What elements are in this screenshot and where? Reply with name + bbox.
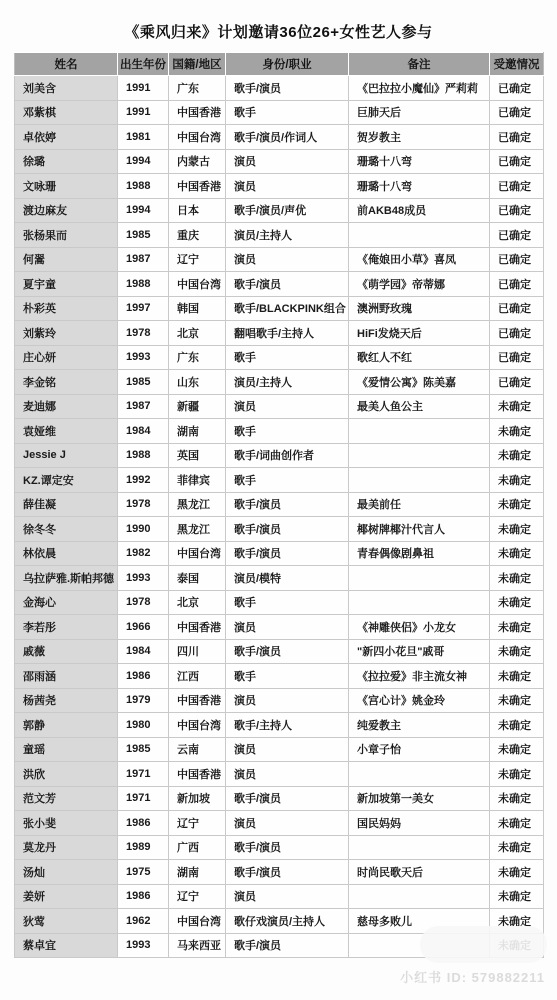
cell-note bbox=[349, 566, 490, 591]
cell-name: 杨茜尧 bbox=[15, 688, 118, 713]
cell-region: 新加坡 bbox=[169, 786, 226, 811]
cell-region: 马来西亚 bbox=[169, 933, 226, 958]
cell-occupation: 歌手/演员 bbox=[226, 541, 349, 566]
cell-note: 时尚民歌天后 bbox=[349, 860, 490, 885]
cell-invite-status: 已确定 bbox=[490, 149, 544, 174]
table-row: Jessie J 1988 英国 歌手/词曲创作者 未确定 bbox=[15, 443, 544, 468]
cell-occupation: 演员 bbox=[226, 174, 349, 199]
cell-region: 黑龙江 bbox=[169, 492, 226, 517]
cell-name: 狄莺 bbox=[15, 909, 118, 934]
cell-note: 《宫心计》姚金玲 bbox=[349, 688, 490, 713]
cell-occupation: 歌手/BLACKPINK组合 bbox=[226, 296, 349, 321]
cell-invite-status: 未确定 bbox=[490, 443, 544, 468]
cell-birth-year: 1985 bbox=[118, 737, 169, 762]
cell-occupation: 歌手 bbox=[226, 664, 349, 689]
cell-region: 英国 bbox=[169, 443, 226, 468]
table-row: 袁娅维 1984 湖南 歌手 未确定 bbox=[15, 419, 544, 444]
cell-name: 何翯 bbox=[15, 247, 118, 272]
cell-occupation: 演员 bbox=[226, 247, 349, 272]
cell-note: 《萌学园》帝蒂娜 bbox=[349, 272, 490, 297]
cell-birth-year: 1989 bbox=[118, 835, 169, 860]
cell-name: 袁娅维 bbox=[15, 419, 118, 444]
cell-birth-year: 1991 bbox=[118, 100, 169, 125]
cell-birth-year: 1975 bbox=[118, 860, 169, 885]
cell-birth-year: 1984 bbox=[118, 419, 169, 444]
page-title: 《乘风归来》计划邀请36位26+女性艺人参与 bbox=[0, 0, 557, 42]
cell-name: KZ.谭定安 bbox=[15, 468, 118, 493]
cell-birth-year: 1994 bbox=[118, 198, 169, 223]
cell-name: 乌拉萨雅.斯帕邦德 bbox=[15, 566, 118, 591]
table-row: 莫龙丹 1989 广西 歌手/演员 未确定 bbox=[15, 835, 544, 860]
cell-birth-year: 1978 bbox=[118, 321, 169, 346]
cell-occupation: 歌手/演员 bbox=[226, 272, 349, 297]
cell-note: 巨肺天后 bbox=[349, 100, 490, 125]
cell-invite-status: 已确定 bbox=[490, 272, 544, 297]
cell-birth-year: 1980 bbox=[118, 713, 169, 738]
table-row: 洪欣 1971 中国香港 演员 未确定 bbox=[15, 762, 544, 787]
table-row: 张小斐 1986 辽宁 演员 国民妈妈 未确定 bbox=[15, 811, 544, 836]
cell-name: 童瑶 bbox=[15, 737, 118, 762]
cell-invite-status: 未确定 bbox=[490, 762, 544, 787]
table-row: 李若彤 1966 中国香港 演员 《神雕侠侣》小龙女 未确定 bbox=[15, 615, 544, 640]
cell-birth-year: 1985 bbox=[118, 370, 169, 395]
cell-invite-status: 未确定 bbox=[490, 884, 544, 909]
cell-note: 《巴拉拉小魔仙》严莉莉 bbox=[349, 76, 490, 101]
cell-note: 《爱情公寓》陈美嘉 bbox=[349, 370, 490, 395]
cell-invite-status: 已确定 bbox=[490, 174, 544, 199]
table-row: 麦迪娜 1987 新疆 演员 最美人鱼公主 未确定 bbox=[15, 394, 544, 419]
cell-occupation: 歌手/演员 bbox=[226, 835, 349, 860]
cell-region: 辽宁 bbox=[169, 247, 226, 272]
cell-note: 新加坡第一美女 bbox=[349, 786, 490, 811]
cell-occupation: 演员 bbox=[226, 884, 349, 909]
cell-region: 广西 bbox=[169, 835, 226, 860]
cell-invite-status: 已确定 bbox=[490, 345, 544, 370]
cell-note: 《俺娘田小草》喜凤 bbox=[349, 247, 490, 272]
cell-occupation: 歌手 bbox=[226, 100, 349, 125]
cell-name: 渡边麻友 bbox=[15, 198, 118, 223]
cell-occupation: 歌手/主持人 bbox=[226, 713, 349, 738]
table-row: 蔡卓宜 1993 马来西亚 歌手/演员 未确定 bbox=[15, 933, 544, 958]
cell-invite-status: 已确定 bbox=[490, 296, 544, 321]
cell-region: 北京 bbox=[169, 590, 226, 615]
cell-region: 广东 bbox=[169, 76, 226, 101]
cell-occupation: 歌手/演员/声优 bbox=[226, 198, 349, 223]
cell-name: 邵雨涵 bbox=[15, 664, 118, 689]
cell-invite-status: 未确定 bbox=[490, 590, 544, 615]
table-header: 姓名 出生年份 国籍/地区 身份/职业 备注 受邀情况 bbox=[15, 53, 544, 76]
cell-region: 内蒙古 bbox=[169, 149, 226, 174]
cell-invite-status: 未确定 bbox=[490, 639, 544, 664]
cell-invite-status: 未确定 bbox=[490, 517, 544, 542]
cell-birth-year: 1971 bbox=[118, 786, 169, 811]
cell-note: 贺岁教主 bbox=[349, 125, 490, 150]
cell-region: 新疆 bbox=[169, 394, 226, 419]
table-row: 徐璐 1994 内蒙古 演员 珊璐十八弯 已确定 bbox=[15, 149, 544, 174]
cell-invite-status: 未确定 bbox=[490, 541, 544, 566]
cell-occupation: 演员 bbox=[226, 615, 349, 640]
cell-occupation: 歌手/演员 bbox=[226, 639, 349, 664]
cell-region: 云南 bbox=[169, 737, 226, 762]
cell-name: 朴彩英 bbox=[15, 296, 118, 321]
cell-name: 文咏珊 bbox=[15, 174, 118, 199]
artists-table: 姓名 出生年份 国籍/地区 身份/职业 备注 受邀情况 刘美含 1991 广东 … bbox=[14, 52, 544, 958]
cell-birth-year: 1984 bbox=[118, 639, 169, 664]
cell-birth-year: 1993 bbox=[118, 345, 169, 370]
table-row: 张杨果而 1985 重庆 演员/主持人 已确定 bbox=[15, 223, 544, 248]
cell-note: 纯爱教主 bbox=[349, 713, 490, 738]
cell-region: 江西 bbox=[169, 664, 226, 689]
table-row: 徐冬冬 1990 黑龙江 歌手/演员 椰树牌椰汁代言人 未确定 bbox=[15, 517, 544, 542]
cell-region: 辽宁 bbox=[169, 884, 226, 909]
cell-occupation: 演员/模特 bbox=[226, 566, 349, 591]
cell-invite-status: 未确定 bbox=[490, 860, 544, 885]
cell-note bbox=[349, 933, 490, 958]
cell-note: HiFi发烧天后 bbox=[349, 321, 490, 346]
cell-birth-year: 1994 bbox=[118, 149, 169, 174]
cell-occupation: 演员/主持人 bbox=[226, 370, 349, 395]
cell-birth-year: 1978 bbox=[118, 590, 169, 615]
table-body: 刘美含 1991 广东 歌手/演员 《巴拉拉小魔仙》严莉莉 已确定 邓紫棋 19… bbox=[15, 76, 544, 958]
cell-note: 最美人鱼公主 bbox=[349, 394, 490, 419]
cell-birth-year: 1986 bbox=[118, 811, 169, 836]
cell-invite-status: 未确定 bbox=[490, 737, 544, 762]
cell-name: 徐璐 bbox=[15, 149, 118, 174]
cell-birth-year: 1979 bbox=[118, 688, 169, 713]
cell-name: 刘美含 bbox=[15, 76, 118, 101]
cell-invite-status: 未确定 bbox=[490, 933, 544, 958]
cell-region: 菲律宾 bbox=[169, 468, 226, 493]
table-row: 朴彩英 1997 韩国 歌手/BLACKPINK组合 澳洲野玫瑰 已确定 bbox=[15, 296, 544, 321]
cell-invite-status: 未确定 bbox=[490, 492, 544, 517]
cell-invite-status: 未确定 bbox=[490, 909, 544, 934]
cell-note bbox=[349, 835, 490, 860]
table-row: 文咏珊 1988 中国香港 演员 珊璐十八弯 已确定 bbox=[15, 174, 544, 199]
cell-birth-year: 1971 bbox=[118, 762, 169, 787]
cell-invite-status: 未确定 bbox=[490, 615, 544, 640]
cell-birth-year: 1987 bbox=[118, 394, 169, 419]
cell-occupation: 歌手/演员 bbox=[226, 517, 349, 542]
cell-note: 前AKB48成员 bbox=[349, 198, 490, 223]
cell-birth-year: 1997 bbox=[118, 296, 169, 321]
cell-region: 湖南 bbox=[169, 419, 226, 444]
cell-name: 薛佳凝 bbox=[15, 492, 118, 517]
cell-occupation: 演员 bbox=[226, 811, 349, 836]
table-row: KZ.谭定安 1992 菲律宾 歌手 未确定 bbox=[15, 468, 544, 493]
cell-occupation: 演员 bbox=[226, 688, 349, 713]
cell-region: 泰国 bbox=[169, 566, 226, 591]
cell-occupation: 演员 bbox=[226, 737, 349, 762]
cell-birth-year: 1985 bbox=[118, 223, 169, 248]
cell-region: 北京 bbox=[169, 321, 226, 346]
cell-note: 慈母多败儿 bbox=[349, 909, 490, 934]
table-row: 金海心 1978 北京 歌手 未确定 bbox=[15, 590, 544, 615]
table-row: 乌拉萨雅.斯帕邦德 1993 泰国 演员/模特 未确定 bbox=[15, 566, 544, 591]
cell-name: 李若彤 bbox=[15, 615, 118, 640]
cell-region: 湖南 bbox=[169, 860, 226, 885]
watermark-id: 小红书 ID: 579882211 bbox=[400, 967, 545, 986]
cell-note: 椰树牌椰汁代言人 bbox=[349, 517, 490, 542]
header-note: 备注 bbox=[349, 53, 490, 76]
cell-region: 日本 bbox=[169, 198, 226, 223]
cell-note: "新四小花旦"戚哥 bbox=[349, 639, 490, 664]
cell-occupation: 演员/主持人 bbox=[226, 223, 349, 248]
cell-invite-status: 未确定 bbox=[490, 394, 544, 419]
cell-region: 中国台湾 bbox=[169, 125, 226, 150]
cell-region: 重庆 bbox=[169, 223, 226, 248]
cell-invite-status: 已确定 bbox=[490, 223, 544, 248]
table-row: 庄心妍 1993 广东 歌手 歌红人不红 已确定 bbox=[15, 345, 544, 370]
cell-region: 韩国 bbox=[169, 296, 226, 321]
table-row: 李金铭 1985 山东 演员/主持人 《爱情公寓》陈美嘉 已确定 bbox=[15, 370, 544, 395]
cell-occupation: 歌手 bbox=[226, 419, 349, 444]
cell-note bbox=[349, 443, 490, 468]
cell-invite-status: 已确定 bbox=[490, 247, 544, 272]
cell-name: 徐冬冬 bbox=[15, 517, 118, 542]
table-row: 刘紫玲 1978 北京 翻唱歌手/主持人 HiFi发烧天后 已确定 bbox=[15, 321, 544, 346]
table-row: 林依晨 1982 中国台湾 歌手/演员 青春偶像剧鼻祖 未确定 bbox=[15, 541, 544, 566]
cell-name: 戚薇 bbox=[15, 639, 118, 664]
cell-note: 最美前任 bbox=[349, 492, 490, 517]
cell-name: 蔡卓宜 bbox=[15, 933, 118, 958]
cell-birth-year: 1981 bbox=[118, 125, 169, 150]
cell-name: 庄心妍 bbox=[15, 345, 118, 370]
cell-name: 刘紫玲 bbox=[15, 321, 118, 346]
cell-region: 中国台湾 bbox=[169, 272, 226, 297]
cell-region: 中国台湾 bbox=[169, 541, 226, 566]
cell-note: 珊璐十八弯 bbox=[349, 149, 490, 174]
table-row: 渡边麻友 1994 日本 歌手/演员/声优 前AKB48成员 已确定 bbox=[15, 198, 544, 223]
table-row: 何翯 1987 辽宁 演员 《俺娘田小草》喜凤 已确定 bbox=[15, 247, 544, 272]
cell-birth-year: 1988 bbox=[118, 272, 169, 297]
cell-invite-status: 未确定 bbox=[490, 688, 544, 713]
cell-occupation: 歌手 bbox=[226, 345, 349, 370]
cell-note bbox=[349, 468, 490, 493]
table-row: 薛佳凝 1978 黑龙江 歌手/演员 最美前任 未确定 bbox=[15, 492, 544, 517]
cell-birth-year: 1988 bbox=[118, 174, 169, 199]
table-row: 卓依婷 1981 中国台湾 歌手/演员/作词人 贺岁教主 已确定 bbox=[15, 125, 544, 150]
cell-region: 广东 bbox=[169, 345, 226, 370]
cell-name: 洪欣 bbox=[15, 762, 118, 787]
cell-occupation: 歌手 bbox=[226, 468, 349, 493]
cell-name: 金海心 bbox=[15, 590, 118, 615]
table-row: 邵雨涵 1986 江西 歌手 《拉拉爱》非主流女神 未确定 bbox=[15, 664, 544, 689]
cell-invite-status: 未确定 bbox=[490, 786, 544, 811]
cell-region: 中国香港 bbox=[169, 688, 226, 713]
cell-name: 莫龙丹 bbox=[15, 835, 118, 860]
cell-name: 李金铭 bbox=[15, 370, 118, 395]
header-region: 国籍/地区 bbox=[169, 53, 226, 76]
cell-birth-year: 1986 bbox=[118, 884, 169, 909]
table-row: 邓紫棋 1991 中国香港 歌手 巨肺天后 已确定 bbox=[15, 100, 544, 125]
cell-birth-year: 1986 bbox=[118, 664, 169, 689]
table-row: 戚薇 1984 四川 歌手/演员 "新四小花旦"戚哥 未确定 bbox=[15, 639, 544, 664]
cell-name: 张杨果而 bbox=[15, 223, 118, 248]
cell-region: 黑龙江 bbox=[169, 517, 226, 542]
header-name: 姓名 bbox=[15, 53, 118, 76]
cell-name: 姜妍 bbox=[15, 884, 118, 909]
cell-occupation: 歌手/演员 bbox=[226, 786, 349, 811]
cell-name: 汤灿 bbox=[15, 860, 118, 885]
cell-name: 郭静 bbox=[15, 713, 118, 738]
cell-region: 辽宁 bbox=[169, 811, 226, 836]
cell-birth-year: 1962 bbox=[118, 909, 169, 934]
table-row: 姜妍 1986 辽宁 演员 未确定 bbox=[15, 884, 544, 909]
cell-occupation: 歌手/词曲创作者 bbox=[226, 443, 349, 468]
cell-occupation: 歌手 bbox=[226, 590, 349, 615]
cell-region: 中国香港 bbox=[169, 762, 226, 787]
cell-occupation: 歌仔戏演员/主持人 bbox=[226, 909, 349, 934]
cell-birth-year: 1978 bbox=[118, 492, 169, 517]
cell-note bbox=[349, 884, 490, 909]
cell-invite-status: 未确定 bbox=[490, 468, 544, 493]
header-birth-year: 出生年份 bbox=[118, 53, 169, 76]
cell-occupation: 歌手/演员 bbox=[226, 492, 349, 517]
cell-note: 歌红人不红 bbox=[349, 345, 490, 370]
cell-region: 中国香港 bbox=[169, 174, 226, 199]
cell-invite-status: 未确定 bbox=[490, 664, 544, 689]
cell-occupation: 歌手/演员 bbox=[226, 76, 349, 101]
table-row: 夏宇童 1988 中国台湾 歌手/演员 《萌学园》帝蒂娜 已确定 bbox=[15, 272, 544, 297]
cell-birth-year: 1966 bbox=[118, 615, 169, 640]
cell-occupation: 歌手/演员 bbox=[226, 933, 349, 958]
cell-note: 青春偶像剧鼻祖 bbox=[349, 541, 490, 566]
cell-note: 小章子怡 bbox=[349, 737, 490, 762]
cell-invite-status: 未确定 bbox=[490, 811, 544, 836]
cell-occupation: 演员 bbox=[226, 762, 349, 787]
cell-birth-year: 1982 bbox=[118, 541, 169, 566]
cell-invite-status: 已确定 bbox=[490, 370, 544, 395]
table-row: 范文芳 1971 新加坡 歌手/演员 新加坡第一美女 未确定 bbox=[15, 786, 544, 811]
cell-invite-status: 已确定 bbox=[490, 100, 544, 125]
cell-invite-status: 未确定 bbox=[490, 419, 544, 444]
cell-region: 中国香港 bbox=[169, 100, 226, 125]
table-row: 郭静 1980 中国台湾 歌手/主持人 纯爱教主 未确定 bbox=[15, 713, 544, 738]
cell-name: 夏宇童 bbox=[15, 272, 118, 297]
cell-birth-year: 1991 bbox=[118, 76, 169, 101]
cell-birth-year: 1987 bbox=[118, 247, 169, 272]
cell-invite-status: 未确定 bbox=[490, 566, 544, 591]
table-row: 狄莺 1962 中国台湾 歌仔戏演员/主持人 慈母多败儿 未确定 bbox=[15, 909, 544, 934]
cell-note: 国民妈妈 bbox=[349, 811, 490, 836]
cell-name: 邓紫棋 bbox=[15, 100, 118, 125]
cell-invite-status: 未确定 bbox=[490, 713, 544, 738]
cell-name: 麦迪娜 bbox=[15, 394, 118, 419]
table-row: 杨茜尧 1979 中国香港 演员 《宫心计》姚金玲 未确定 bbox=[15, 688, 544, 713]
cell-invite-status: 已确定 bbox=[490, 76, 544, 101]
cell-name: 林依晨 bbox=[15, 541, 118, 566]
cell-note: 澳洲野玫瑰 bbox=[349, 296, 490, 321]
cell-name: 张小斐 bbox=[15, 811, 118, 836]
cell-occupation: 翻唱歌手/主持人 bbox=[226, 321, 349, 346]
cell-birth-year: 1992 bbox=[118, 468, 169, 493]
cell-note: 《神雕侠侣》小龙女 bbox=[349, 615, 490, 640]
cell-note: 珊璐十八弯 bbox=[349, 174, 490, 199]
cell-invite-status: 已确定 bbox=[490, 321, 544, 346]
table-row: 刘美含 1991 广东 歌手/演员 《巴拉拉小魔仙》严莉莉 已确定 bbox=[15, 76, 544, 101]
cell-note: 《拉拉爱》非主流女神 bbox=[349, 664, 490, 689]
cell-birth-year: 1990 bbox=[118, 517, 169, 542]
table-row: 童瑶 1985 云南 演员 小章子怡 未确定 bbox=[15, 737, 544, 762]
cell-note bbox=[349, 590, 490, 615]
cell-region: 中国香港 bbox=[169, 615, 226, 640]
cell-region: 中国台湾 bbox=[169, 713, 226, 738]
cell-invite-status: 已确定 bbox=[490, 198, 544, 223]
cell-invite-status: 未确定 bbox=[490, 835, 544, 860]
table-row: 汤灿 1975 湖南 歌手/演员 时尚民歌天后 未确定 bbox=[15, 860, 544, 885]
cell-occupation: 歌手/演员 bbox=[226, 860, 349, 885]
header-invite-status: 受邀情况 bbox=[490, 53, 544, 76]
cell-name: Jessie J bbox=[15, 443, 118, 468]
cell-birth-year: 1993 bbox=[118, 566, 169, 591]
cell-invite-status: 已确定 bbox=[490, 125, 544, 150]
cell-name: 范文芳 bbox=[15, 786, 118, 811]
cell-region: 四川 bbox=[169, 639, 226, 664]
cell-birth-year: 1993 bbox=[118, 933, 169, 958]
cell-birth-year: 1988 bbox=[118, 443, 169, 468]
cell-region: 山东 bbox=[169, 370, 226, 395]
cell-occupation: 歌手/演员/作词人 bbox=[226, 125, 349, 150]
header-occupation: 身份/职业 bbox=[226, 53, 349, 76]
cell-note bbox=[349, 223, 490, 248]
cell-note bbox=[349, 762, 490, 787]
cell-region: 中国台湾 bbox=[169, 909, 226, 934]
cell-name: 卓依婷 bbox=[15, 125, 118, 150]
cell-note bbox=[349, 419, 490, 444]
cell-occupation: 演员 bbox=[226, 149, 349, 174]
cell-occupation: 演员 bbox=[226, 394, 349, 419]
